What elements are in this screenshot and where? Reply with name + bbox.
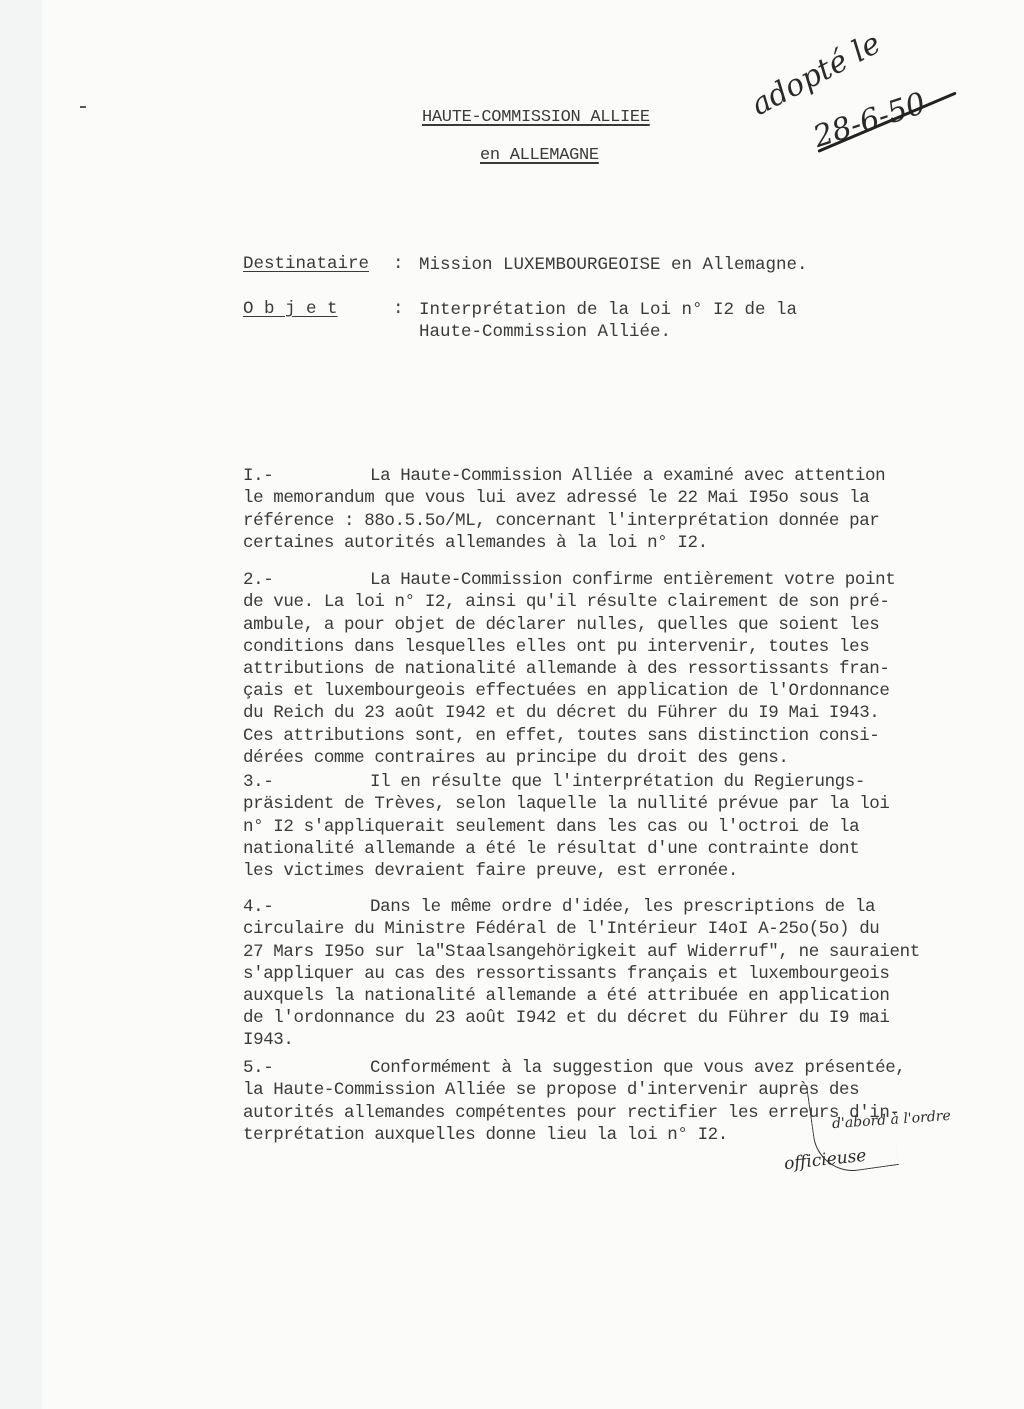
- paragraph-line: Conformément à la suggestion que vous av…: [370, 1058, 905, 1078]
- paragraph-1: I.-La Haute-Commission Alliée a examiné …: [243, 443, 1023, 554]
- paragraph-line: La Haute-Commission confirme entièrement…: [370, 570, 895, 590]
- paragraph-number: I.-: [243, 465, 370, 487]
- paragraph-line: Dans le même ordre d'idée, les prescript…: [370, 897, 875, 917]
- paragraph-line: La Haute-Commission Alliée a examiné ave…: [370, 466, 885, 486]
- document-header-title: HAUTE-COMMISSION ALLIEE: [422, 108, 650, 127]
- subject-row: O b j e t : Interprétation de la Loi n° …: [243, 299, 797, 343]
- paragraph-line: du Reich du 23 août I942 et du décret du…: [243, 703, 879, 723]
- subject-separator: :: [393, 299, 419, 343]
- paragraph-line: de l'ordonnance du 23 août I942 et du dé…: [243, 1008, 890, 1028]
- paragraph-line: la Haute-Commission Alliée se propose d'…: [243, 1080, 859, 1100]
- paragraph-number: 3.-: [243, 771, 370, 793]
- recipient-row: Destinataire : Mission LUXEMBOURGEOISE e…: [243, 254, 808, 276]
- paragraph-number: 5.-: [243, 1057, 370, 1079]
- paragraph-line: attributions de nationalité allemande à …: [243, 659, 890, 679]
- paragraph-line: terprétation auxquelles donne lieu la lo…: [243, 1125, 728, 1145]
- paragraph-2: 2.-La Haute-Commission confirme entièrem…: [243, 547, 1023, 769]
- document-header-subtitle: en ALLEMAGNE: [480, 146, 599, 165]
- paragraph-line: de vue. La loi n° I2, ainsi qu'il résult…: [243, 592, 890, 612]
- paragraph-line: le memorandum que vous lui avez adressé …: [243, 488, 869, 508]
- paragraph-line: n° I2 s'appliquerait seulement dans les …: [243, 817, 859, 837]
- subject-value: Interprétation de la Loi n° I2 de la Hau…: [419, 299, 797, 343]
- paragraph-number: 4.-: [243, 896, 370, 918]
- paragraph-5: 5.-Conformément à la suggestion que vous…: [243, 1035, 1023, 1146]
- recipient-separator: :: [393, 254, 419, 276]
- margin-mark: [80, 106, 86, 108]
- paragraph-line: präsident de Trèves, selon laquelle la n…: [243, 794, 890, 814]
- scan-edge: [0, 0, 42, 1409]
- subject-label: O b j e t: [243, 299, 393, 343]
- paragraph-line: 27 Mars I95o sur la"Staalsangehörigkeit …: [243, 942, 920, 962]
- paragraph-4: 4.-Dans le même ordre d'idée, les prescr…: [243, 874, 1023, 1052]
- paragraph-line: Ces attributions sont, en effet, toutes …: [243, 726, 879, 746]
- paragraph-line: çais et luxembourgeois effectuées en app…: [243, 681, 890, 701]
- recipient-label: Destinataire: [243, 254, 393, 276]
- paragraph-line: circulaire du Ministre Fédéral de l'Inté…: [243, 919, 879, 939]
- paragraph-line: nationalité allemande a été le résultat …: [243, 839, 859, 859]
- paragraph-line: ambule, a pour objet de déclarer nulles,…: [243, 615, 879, 635]
- paragraph-line: référence : 88o.5.5o/ML, concernant l'in…: [243, 511, 879, 531]
- paragraph-3: 3.-Il en résulte que l'interprétation du…: [243, 749, 1023, 882]
- paragraph-number: 2.-: [243, 569, 370, 591]
- paragraph-line: Il en résulte que l'interprétation du Re…: [370, 772, 865, 792]
- paragraph-line: conditions dans lesquelles elles ont pu …: [243, 637, 869, 657]
- paragraph-line: auxquels la nationalité allemande a été …: [243, 986, 890, 1006]
- paragraph-line: autorités allemandes compétentes pour re…: [243, 1103, 900, 1123]
- paragraph-line: s'appliquer au cas des ressortissants fr…: [243, 964, 890, 984]
- recipient-value: Mission LUXEMBOURGEOISE en Allemagne.: [419, 254, 808, 276]
